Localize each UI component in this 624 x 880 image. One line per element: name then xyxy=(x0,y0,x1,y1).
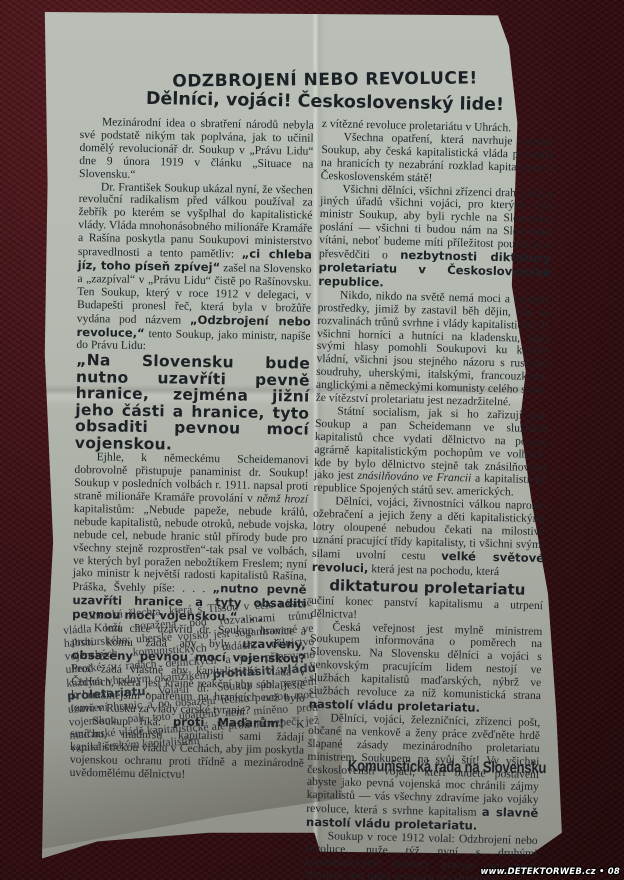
paragraph: Dělníci, vojáci, živnostníci válkou napr… xyxy=(311,495,546,625)
paragraph: Nikdo, nikdo na světě nemá moci a nenajd… xyxy=(315,289,550,410)
quote-highlight: „Na Slovensku bude nutno uzavříti pevně … xyxy=(75,352,311,455)
paragraph: Mezinárodní idea o sbratření národů neby… xyxy=(79,116,314,184)
paragraph: Česká veřejnost jest mylně ministrem Sou… xyxy=(309,620,543,717)
signature: Komunistická rada na Slovensku xyxy=(348,758,522,778)
text: učiní konec panství kapitalismu a utrpen… xyxy=(311,594,544,621)
paragraph: Všichni dělníci, všichni zřízenci drah, … xyxy=(318,183,552,294)
text: Česká veřejnost jest mylně ministrem Sou… xyxy=(309,620,543,702)
left-column-lower: Uherská šlechta, která s Tissou v čele n… xyxy=(62,597,320,756)
paragraph: Dr. František Soukup ukázal nyní, že vše… xyxy=(76,181,313,356)
text: kapitalistům: „Nebude papeže, nebude krá… xyxy=(73,502,308,596)
italic-text: němž hrozí xyxy=(257,492,308,506)
watermark: www.DETEKTORWEB.cz • 08 xyxy=(480,867,620,877)
paragraph: Státní socialism, jak si ho zařizují pan… xyxy=(313,405,547,501)
leaflet-title: ODZBROJENÍ NEBO REVOLUCE! xyxy=(150,68,500,92)
text: která jest na pochodu, která xyxy=(371,562,499,578)
paragraph: Všechna opatření, která navrhuje ministr… xyxy=(321,131,554,188)
paragraph: Uherská šlechta, která s Tissou v čele n… xyxy=(62,597,320,756)
